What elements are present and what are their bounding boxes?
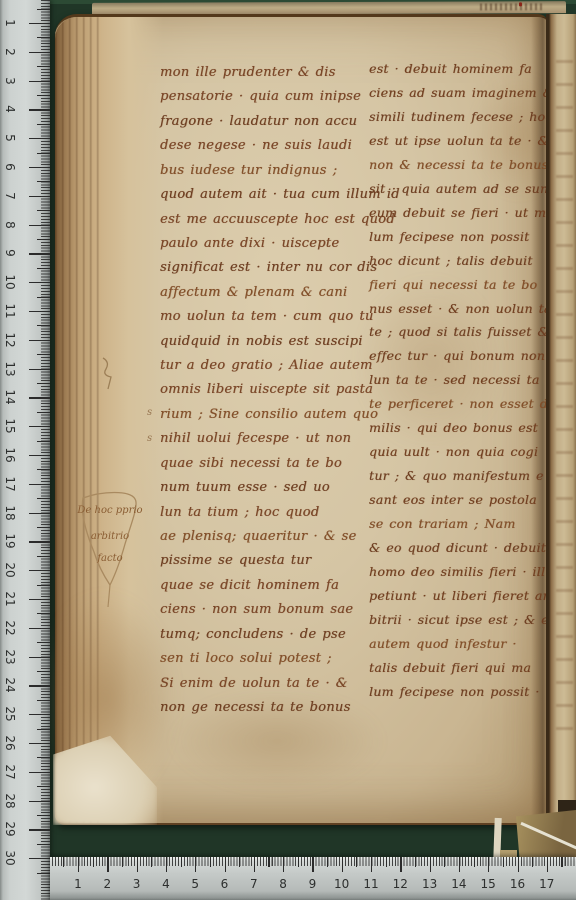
bottom-ruler-cm-tick — [283, 857, 284, 872]
left-ruler-half-tick — [37, 556, 50, 557]
left-ruler-number: 29 — [3, 821, 17, 837]
bottom-ruler-half-tick — [327, 857, 328, 867]
left-ruler-number: 17 — [3, 476, 17, 492]
bottom-ruler-cm-tick — [371, 857, 372, 872]
bottom-ruler-number: 15 — [478, 877, 498, 891]
left-ruler-cm-tick — [29, 599, 50, 600]
left-ruler-cm-tick — [29, 426, 50, 427]
manuscript-line: lum fecipese non possit — [369, 229, 529, 244]
bottom-ruler-cm-tick — [342, 857, 343, 872]
left-ruler-cm-tick — [29, 829, 50, 830]
manuscript-line: num tuum esse · sed uo — [160, 480, 330, 495]
left-ruler-number: 30 — [3, 850, 17, 866]
left-ruler-half-tick — [37, 9, 50, 10]
bottom-ruler-half-tick — [386, 857, 387, 867]
left-ruler-cm-tick — [29, 167, 50, 168]
left-ruler-half-tick — [37, 527, 50, 528]
left-ruler-mm-ticks — [41, 0, 50, 900]
left-ruler-cm-tick — [29, 52, 50, 53]
manuscript-line: est ut ipse uolun ta te · & — [369, 133, 549, 148]
left-ruler-cm-tick — [29, 23, 50, 24]
left-ruler-number: 25 — [3, 706, 17, 722]
bottom-ruler-half-tick — [561, 857, 562, 867]
bottom-ruler-cm-tick — [518, 857, 519, 872]
left-ruler-half-tick — [37, 757, 50, 758]
manuscript-line: omnis liberi uiscepte sit pasta — [160, 382, 373, 397]
left-ruler-half-tick — [37, 498, 50, 499]
left-ruler-half-tick — [37, 613, 50, 614]
left-ruler: 1234567891011121314151617181920212223242… — [0, 0, 50, 900]
left-ruler-cm-tick — [29, 225, 50, 226]
left-ruler-half-tick — [37, 153, 50, 154]
bottom-ruler-cm-tick — [166, 857, 167, 872]
manuscript-line: non ge necessi ta te bonus — [160, 700, 351, 715]
left-ruler-number: 6 — [3, 159, 17, 175]
left-ruler-cm-tick — [29, 743, 50, 744]
manuscript-line: non & necessi ta te bonus — [369, 157, 548, 172]
left-ruler-number: 24 — [3, 677, 17, 693]
left-ruler-number: 28 — [3, 793, 17, 809]
bottom-ruler-number: 7 — [244, 877, 264, 891]
left-ruler-cm-tick — [29, 541, 50, 542]
cradle-highlight-line — [520, 822, 576, 853]
manuscript-line: tumq; concludens · de pse — [160, 627, 346, 642]
left-ruler-cm-tick — [29, 81, 50, 82]
bottom-ruler-number: 13 — [420, 877, 440, 891]
manuscript-line: quod autem ait · tua cum illum id — [160, 187, 400, 202]
left-ruler-half-tick — [37, 786, 50, 787]
manuscript-line: homo deo similis fieri · illud — [369, 564, 562, 579]
left-ruler-half-tick — [37, 873, 50, 874]
bottom-ruler-number: 16 — [508, 877, 528, 891]
left-ruler-number: 16 — [3, 447, 17, 463]
left-ruler-half-tick — [37, 700, 50, 701]
manuscript-line: mo uolun ta tem · cum quo tu — [160, 309, 374, 324]
bottom-ruler-cm-tick — [107, 857, 108, 872]
manuscript-line: quia uult · non quia cogi — [369, 444, 538, 459]
manuscript-line: simili tudinem fecese ; hoc — [369, 109, 553, 124]
margin-correction-mark: s — [147, 407, 152, 418]
book-head-edge — [92, 1, 566, 15]
left-ruler-cm-tick — [29, 628, 50, 629]
bottom-ruler-number: 9 — [302, 877, 322, 891]
left-ruler-half-tick — [37, 181, 50, 182]
left-ruler-half-tick — [37, 124, 50, 125]
left-ruler-number: 1 — [3, 15, 17, 31]
bottom-ruler-cm-tick — [547, 857, 548, 872]
bottom-ruler-half-tick — [210, 857, 211, 867]
manuscript-line: lum fecipese non possit · — [369, 684, 540, 699]
left-ruler-half-tick — [37, 671, 50, 672]
marginal-note-line: De hoc pprio — [68, 505, 152, 516]
left-ruler-half-tick — [37, 354, 50, 355]
bottom-ruler-number: 1 — [68, 877, 88, 891]
manuscript-line: affectum & plenam & cani — [160, 285, 347, 300]
manuscript-line: est me accuuscepte hoc est quod — [160, 212, 395, 227]
left-ruler-half-tick — [37, 729, 50, 730]
left-ruler-cm-tick — [29, 685, 50, 686]
manuscript-line: hoc dicunt ; talis debuit — [369, 253, 533, 268]
bottom-ruler-number: 10 — [332, 877, 352, 891]
left-ruler-cm-tick — [29, 513, 50, 514]
left-ruler-number: 23 — [3, 649, 17, 665]
bottom-ruler-cm-tick — [195, 857, 196, 872]
bottom-ruler-half-tick — [356, 857, 357, 867]
bottom-ruler-number: 12 — [390, 877, 410, 891]
manuscript-line: quae se dicit hominem fa — [160, 578, 339, 593]
left-ruler-number: 4 — [3, 101, 17, 117]
left-ruler-number: 8 — [3, 217, 17, 233]
left-ruler-number: 18 — [3, 505, 17, 521]
bottom-ruler-cm-tick — [400, 857, 401, 872]
left-ruler-number: 27 — [3, 764, 17, 780]
manuscript-line: paulo ante dixi · uiscepte — [160, 236, 339, 251]
manuscript-line: nus esset · & non uolun ta — [369, 301, 552, 316]
left-ruler-cm-tick — [29, 311, 50, 312]
left-ruler-number: 15 — [3, 418, 17, 434]
manuscript-line: lun ta tium ; hoc quod — [160, 505, 319, 520]
left-ruler-number: 20 — [3, 562, 17, 578]
left-ruler-cm-tick — [29, 340, 50, 341]
left-ruler-cm-tick — [29, 714, 50, 715]
left-ruler-half-tick — [37, 325, 50, 326]
left-ruler-number: 22 — [3, 620, 17, 636]
left-ruler-half-tick — [37, 441, 50, 442]
left-ruler-number: 2 — [3, 44, 17, 60]
left-ruler-number: 14 — [3, 389, 17, 405]
bottom-ruler-number: 5 — [185, 877, 205, 891]
margin-correction-mark: s — [147, 433, 152, 444]
manuscript-line: tur a deo gratio ; Aliae autem — [160, 358, 373, 373]
bottom-ruler-half-tick — [298, 857, 299, 867]
left-ruler-cm-tick — [29, 138, 50, 139]
manuscript-line: bitrii · sicut ipse est ; & eo — [369, 612, 557, 627]
right-text-column: est · debuit hominem faciens ad suam ima… — [369, 61, 545, 711]
bottom-ruler-half-tick — [503, 857, 504, 867]
manuscript-line: mon ille prudenter & dis — [160, 65, 336, 80]
manuscript-line: tur ; & quo manifestum e — [369, 468, 544, 483]
manuscript-line: petiunt · ut liberi fieret ar — [369, 588, 549, 603]
left-ruler-cm-tick — [29, 858, 50, 859]
manuscript-line: fragone · laudatur non accu — [160, 114, 357, 129]
left-ruler-cm-tick — [29, 253, 50, 254]
manuscript-line: fieri qui necessi ta te bo — [369, 277, 537, 292]
fore-edge-red-fleck — [519, 2, 522, 6]
manuscript-line: significat est · inter nu cor dis — [160, 260, 377, 275]
manuscript-line: pissime se questa tur — [160, 553, 311, 568]
manuscript-line: ciens ad suam imaginem & — [369, 85, 554, 100]
bottom-ruler-half-tick — [415, 857, 416, 867]
left-ruler-cm-tick — [29, 657, 50, 658]
manuscript-line: dese negese · ne suis laudi — [160, 138, 352, 153]
bottom-ruler-half-tick — [239, 857, 240, 867]
left-ruler-cm-tick — [29, 801, 50, 802]
manuscript-line: effec tur · qui bonum non uo — [369, 348, 567, 363]
left-ruler-number: 12 — [3, 332, 17, 348]
marginal-note: De hoc pprio arbitrio facto — [68, 489, 152, 621]
manuscript-line: est · debuit hominem fa — [369, 61, 532, 76]
bottom-ruler-half-tick — [181, 857, 182, 867]
left-ruler-cm-tick — [29, 109, 50, 110]
manuscript-line: pensatorie · quia cum inipse — [160, 89, 361, 104]
manuscript-line: sit ; quia autem ad se sunt ita — [369, 181, 576, 196]
facing-page-text-traces — [556, 60, 573, 750]
left-ruler-half-tick — [37, 844, 50, 845]
left-ruler-half-tick — [37, 239, 50, 240]
left-ruler-half-tick — [37, 383, 50, 384]
left-ruler-half-tick — [37, 642, 50, 643]
left-ruler-number: 7 — [3, 188, 17, 204]
bottom-ruler-cm-tick — [78, 857, 79, 872]
left-ruler-cm-tick — [29, 484, 50, 485]
marginal-note-line: facto — [68, 553, 152, 564]
left-ruler-cm-tick — [29, 455, 50, 456]
bottom-ruler-cm-tick — [312, 857, 313, 872]
left-ruler-number: 3 — [3, 73, 17, 89]
left-ruler-cm-tick — [29, 369, 50, 370]
bottom-ruler-half-tick — [532, 857, 533, 867]
manuscript-page: mon ille prudenter & dispensatorie · qui… — [55, 14, 548, 825]
left-ruler-cm-tick — [29, 282, 50, 283]
bottom-ruler-number: 8 — [273, 877, 293, 891]
manuscript-line: se con trariam ; Nam — [369, 516, 515, 531]
manuscript-line: Si enim de uolun ta te · & — [160, 676, 348, 691]
bottom-ruler-number: 11 — [361, 877, 381, 891]
bottom-ruler-cm-tick — [254, 857, 255, 872]
left-ruler-cm-tick — [29, 196, 50, 197]
manuscript-line: quidquid in nobis est suscipi — [160, 334, 363, 349]
left-ruler-number: 13 — [3, 361, 17, 377]
bottom-ruler-cm-tick — [488, 857, 489, 872]
bottom-ruler-number: 14 — [449, 877, 469, 891]
bottom-ruler-half-tick — [268, 857, 269, 867]
fore-edge-inscription-traces — [480, 3, 544, 10]
manuscript-photo: mon ille prudenter & dispensatorie · qui… — [0, 0, 576, 900]
left-ruler-half-tick — [37, 815, 50, 816]
manuscript-line: & eo quod dicunt · debuit — [369, 540, 546, 555]
bottom-ruler: 1234567891011121314151617 — [50, 857, 576, 900]
manuscript-line: te perficeret · non esset deo si — [369, 396, 576, 411]
manuscript-line: autem quod infestur · — [369, 636, 517, 651]
bottom-ruler-half-tick — [444, 857, 445, 867]
left-ruler-cm-tick — [29, 397, 50, 398]
bottom-ruler-number: 6 — [215, 877, 235, 891]
bottom-ruler-half-tick — [151, 857, 152, 867]
bottom-ruler-number: 4 — [156, 877, 176, 891]
facing-page-edge — [546, 14, 576, 822]
left-ruler-half-tick — [37, 585, 50, 586]
left-ruler-half-tick — [37, 37, 50, 38]
manuscript-line: talis debuit fieri qui ma — [369, 660, 531, 675]
left-ruler-number: 21 — [3, 591, 17, 607]
manuscript-line: ae plenisq; quaeritur · & se — [160, 529, 356, 544]
left-ruler-number: 19 — [3, 533, 17, 549]
bottom-ruler-cm-tick — [137, 857, 138, 872]
bottom-ruler-mm-ticks — [52, 857, 576, 866]
manuscript-line: sen ti loco solui potest ; — [160, 651, 332, 666]
left-ruler-half-tick — [37, 268, 50, 269]
manuscript-line: bus iudese tur indignus ; — [160, 163, 337, 178]
left-ruler-number: 5 — [3, 130, 17, 146]
manuscript-line: lun ta te · sed necessi ta — [369, 372, 540, 387]
bottom-ruler-number: 3 — [127, 877, 147, 891]
manuscript-line: milis · qui deo bonus est — [369, 420, 538, 435]
bottom-ruler-cm-tick — [225, 857, 226, 872]
left-ruler-half-tick — [37, 469, 50, 470]
manuscript-line: te ; quod si talis fuisset & — [369, 324, 549, 339]
gutter-page-edges — [55, 17, 101, 823]
left-ruler-number: 26 — [3, 735, 17, 751]
bottom-ruler-half-tick — [63, 857, 64, 867]
left-ruler-number: 9 — [3, 245, 17, 261]
left-ruler-cm-tick — [29, 772, 50, 773]
manuscript-line: nihil uolui fecespe · ut non — [160, 431, 351, 446]
bottom-ruler-half-tick — [93, 857, 94, 867]
left-ruler-half-tick — [37, 66, 50, 67]
left-ruler-half-tick — [37, 412, 50, 413]
bottom-ruler-half-tick — [122, 857, 123, 867]
bottom-ruler-number: 2 — [97, 877, 117, 891]
left-ruler-number: 10 — [3, 274, 17, 290]
left-ruler-half-tick — [37, 210, 50, 211]
left-ruler-number: 11 — [3, 303, 17, 319]
left-ruler-half-tick — [37, 95, 50, 96]
manuscript-line: ciens · non sum bonum sae — [160, 602, 353, 617]
bottom-ruler-cm-tick — [430, 857, 431, 872]
manuscript-line: quae sibi necessi ta te bo — [160, 456, 342, 471]
bottom-ruler-number: 17 — [537, 877, 557, 891]
bottom-ruler-half-tick — [474, 857, 475, 867]
manuscript-line: eum debuit se fieri · ut ma — [369, 205, 554, 220]
left-ruler-cm-tick — [29, 570, 50, 571]
left-text-column: mon ille prudenter & dispensatorie · qui… — [160, 65, 370, 715]
marginal-note-line: arbitrio — [68, 531, 152, 542]
left-ruler-half-tick — [37, 297, 50, 298]
manuscript-line: sant eos inter se postola — [369, 492, 537, 507]
bottom-ruler-cm-tick — [459, 857, 460, 872]
manuscript-line: rium ; Sine consilio autem quo — [160, 407, 378, 422]
margin-squiggle-mark — [96, 355, 116, 393]
